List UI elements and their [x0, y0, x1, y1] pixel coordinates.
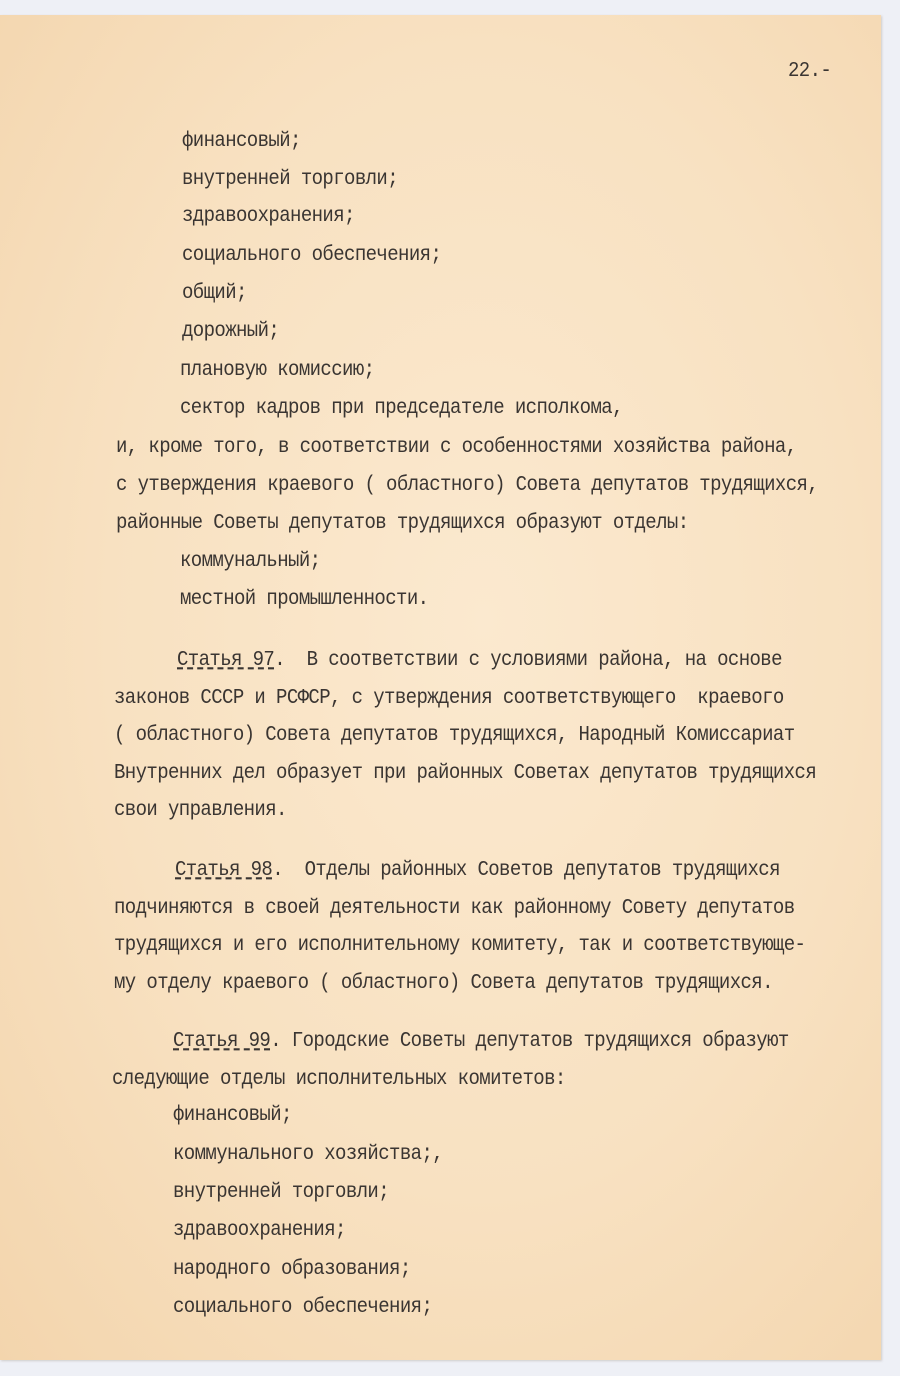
- paragraph-line: районные Советы депутатов трудящихся обр…: [116, 510, 689, 535]
- page-number: 22.-: [788, 58, 831, 83]
- paragraph-line: ( областного) Совета депутатов трудящихс…: [114, 722, 795, 747]
- list-item: социального обеспечения;: [173, 1294, 432, 1319]
- article-97-first-line: Статья 97. В соответствии с условиями ра…: [177, 647, 782, 672]
- list-item: внутренней торговли;: [182, 166, 398, 191]
- list-item: финансовый;: [182, 128, 301, 153]
- list-item: общий;: [182, 280, 247, 305]
- article-99-first-line: Статья 99. Городские Советы депутатов тр…: [173, 1028, 789, 1053]
- list-item: коммунального хозяйства;,: [173, 1141, 443, 1166]
- list-item: плановую комиссию;: [180, 357, 374, 382]
- paragraph-line: с утверждения краевого ( областного) Сов…: [116, 472, 818, 497]
- list-item: социального обеспечения;: [182, 242, 441, 267]
- paragraph-line: законов СССР и РСФСР, с утверждения соот…: [114, 685, 784, 710]
- paragraph-line: свои управления.: [114, 797, 287, 822]
- paragraph-line: и, кроме того, в соответствии с особенно…: [116, 434, 797, 459]
- list-item: местной промышленности.: [180, 586, 428, 611]
- paragraph-line: му отделу краевого ( областного) Совета …: [114, 970, 773, 995]
- paragraph-line: следующие отделы исполнительных комитето…: [112, 1066, 566, 1091]
- article-99-label: Статья 99: [173, 1028, 270, 1053]
- paragraph-line: подчиняются в своей деятельности как рай…: [114, 895, 795, 920]
- list-item: народного образования;: [173, 1256, 411, 1281]
- list-item: финансовый;: [173, 1102, 292, 1127]
- article-97-label: Статья 97: [177, 647, 274, 672]
- list-item: дорожный;: [182, 318, 279, 343]
- list-item: коммунальный;: [180, 548, 320, 573]
- article-98-label: Статья 98: [175, 857, 272, 882]
- list-item: здравоохранения;: [182, 203, 355, 228]
- article-98-first-line: Статья 98. Отделы районных Советов депут…: [175, 857, 780, 882]
- paragraph-line: трудящихся и его исполнительному комитет…: [114, 932, 805, 957]
- list-item: внутренней торговли;: [173, 1179, 389, 1204]
- paragraph-line: Внутренних дел образует при районных Сов…: [114, 760, 816, 785]
- list-item: здравоохранения;: [173, 1217, 346, 1242]
- list-item: сектор кадров при председателе исполкома…: [180, 395, 623, 420]
